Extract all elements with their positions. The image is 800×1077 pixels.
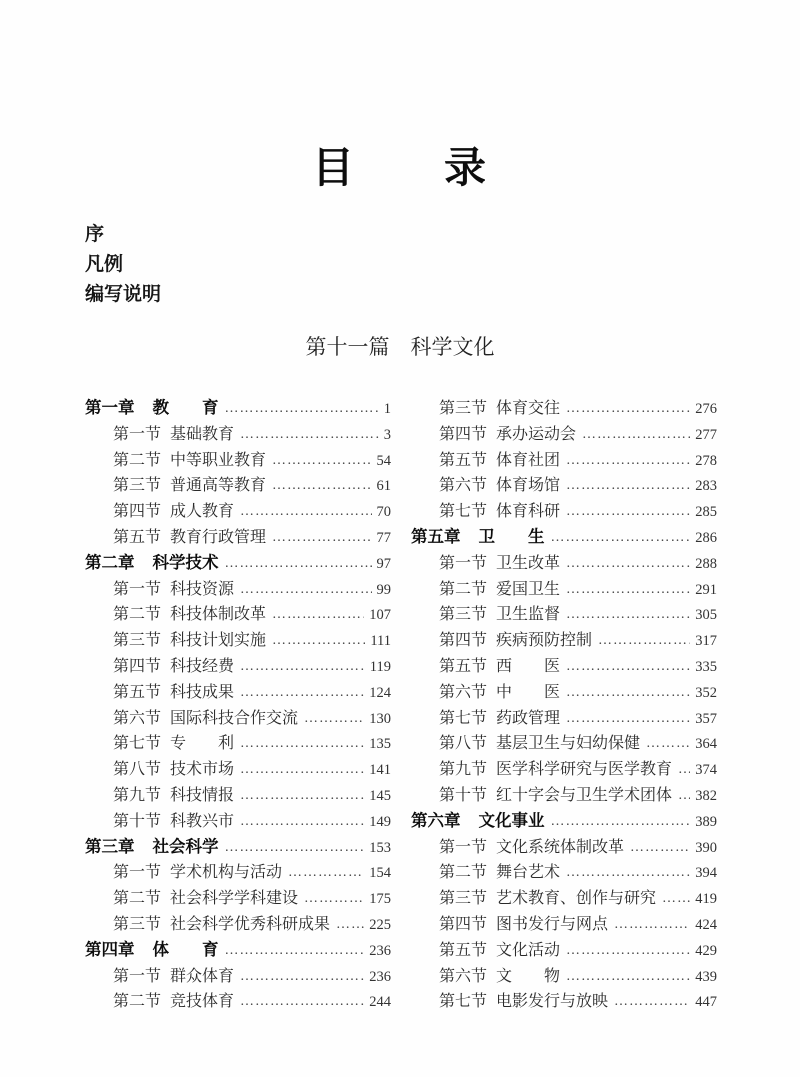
toc-row: 第九节 医学科学研究与医学教育 374 [411,757,717,783]
toc-page-number: 111 [370,629,391,655]
toc-page-number: 288 [695,552,717,578]
toc-entry-title: 文化活动 [496,938,560,964]
toc-dot-leader [240,499,371,525]
toc-entry-label: 第五节 [439,654,487,680]
toc-page-number: 291 [695,578,717,604]
toc-row: 第五节 文化活动 429 [411,938,717,964]
toc-row: 第四节 科技经费 119 [85,654,391,680]
toc-dot-leader [240,964,364,990]
toc-dot-leader [272,473,371,499]
toc-row: 第六章 文化事业 389 [411,809,717,835]
toc-dot-leader [272,628,365,654]
toc-entry-title: 教育行政管理 [170,525,266,551]
toc-page-number: 149 [369,810,391,836]
toc-entry-label: 第二节 [113,448,161,474]
toc-page-number: 77 [377,526,392,552]
toc-entry-label: 第五章 [411,525,461,551]
toc-page-number: 124 [369,681,391,707]
toc-entry-title: 图书发行与网点 [496,912,608,938]
toc-page-number: 429 [695,939,717,965]
toc-dot-leader [288,860,364,886]
toc-entry-label: 第一节 [439,551,487,577]
page-title: 目 录 [0,0,800,194]
toc-page-number: 447 [695,990,717,1016]
toc-dot-leader [566,706,690,732]
toc-page-number: 424 [695,913,717,939]
toc-entry-label: 第五节 [439,938,487,964]
toc-entry-title: 红十字会与卫生学术团体 [496,783,672,809]
toc-dot-leader [272,602,364,628]
toc-dot-leader [225,835,365,861]
toc-dot-leader [272,525,371,551]
toc-row: 第一节 学术机构与活动 154 [85,860,391,886]
toc-dot-leader [646,731,690,757]
toc-row: 第二节 中等职业教育 54 [85,448,391,474]
toc-row: 第四节 疾病预防控制 317 [411,628,717,654]
toc-row: 第五章 卫 生 286 [411,525,717,551]
toc-row: 第一节 群众体育 236 [85,964,391,990]
toc-page-number: 141 [369,758,391,784]
toc-page-number: 99 [377,578,392,604]
toc-entry-title: 群众体育 [170,964,234,990]
toc-entry-title: 卫生监督 [496,602,560,628]
toc-entry-title: 教 育 [153,396,219,422]
toc-page-number: 439 [695,965,717,991]
toc-page-number: 70 [377,500,392,526]
toc-dot-leader [614,912,690,938]
toc-entry-title: 社会科学学科建设 [170,886,298,912]
toc-row: 第十节 红十字会与卫生学术团体 382 [411,783,717,809]
toc-row: 第三节 社会科学优秀科研成果 225 [85,912,391,938]
toc-entry-label: 第三节 [439,886,487,912]
toc-dot-leader [566,551,690,577]
toc-column-right: 第三节 体育交往 276 第四节 承办运动会 277 第五节 体育社团 2 [411,396,717,1015]
toc-entry-title: 西 医 [496,654,560,680]
toc-row: 第三节 普通高等教育 61 [85,473,391,499]
toc-entry-title: 舞台艺术 [496,860,560,886]
toc-dot-leader [240,731,364,757]
toc-entry-title: 文化事业 [479,809,545,835]
toc-page-number: 382 [695,784,717,810]
toc-entry-title: 科技经费 [170,654,234,680]
toc-entry-title: 科教兴市 [170,809,234,835]
toc-entry-label: 第四节 [439,628,487,654]
toc-row: 第七节 体育科研 285 [411,499,717,525]
toc-entry-title: 国际科技合作交流 [170,706,298,732]
toc-entry-label: 第一节 [113,422,161,448]
toc-row: 第一章 教 育 1 [85,396,391,422]
toc-dot-leader [582,422,690,448]
toc-entry-title: 科学技术 [153,551,219,577]
toc-page-number: 357 [695,707,717,733]
toc-entry-title: 体 育 [153,938,219,964]
toc: 第一章 教 育 1 第一节 基础教育 3 第二节 中等职业教育 54 [85,396,717,1015]
toc-dot-leader [678,757,690,783]
toc-row: 第五节 教育行政管理 77 [85,525,391,551]
toc-page-number: 278 [695,449,717,475]
toc-row: 第七节 专 利 135 [85,731,391,757]
toc-row: 第七节 药政管理 357 [411,706,717,732]
front-matter-item: 编写说明 [85,280,800,310]
toc-entry-label: 第五节 [113,680,161,706]
toc-page-number: 374 [695,758,717,784]
toc-page-number: 61 [377,474,392,500]
toc-page-number: 236 [369,965,391,991]
toc-entry-label: 第七节 [113,731,161,757]
toc-row: 第六节 体育场馆 283 [411,473,717,499]
toc-entry-title: 医学科学研究与医学教育 [496,757,672,783]
toc-dot-leader [240,654,365,680]
toc-row: 第一节 卫生改革 288 [411,551,717,577]
toc-page-number: 352 [695,681,717,707]
toc-entry-title: 科技资源 [170,577,234,603]
toc-entry-title: 疾病预防控制 [496,628,592,654]
toc-entry-title: 基层卫生与妇幼保健 [496,731,640,757]
toc-page-number: 276 [695,397,717,423]
toc-entry-title: 技术市场 [170,757,234,783]
toc-dot-leader [304,886,364,912]
toc-entry-label: 第一章 [85,396,135,422]
toc-entry-label: 第一节 [113,964,161,990]
toc-entry-title: 竞技体育 [170,989,234,1015]
toc-entry-label: 第四节 [113,499,161,525]
toc-dot-leader [566,938,690,964]
toc-page-number: 107 [369,603,391,629]
toc-row: 第八节 基层卫生与妇幼保健 364 [411,731,717,757]
toc-page-number: 130 [369,707,391,733]
toc-page-number: 154 [369,861,391,887]
toc-row: 第二章 科学技术 97 [85,551,391,577]
toc-entry-title: 社会科学优秀科研成果 [170,912,330,938]
toc-entry-title: 基础教育 [170,422,234,448]
toc-entry-label: 第二章 [85,551,135,577]
toc-dot-leader [566,602,690,628]
toc-row: 第六节 文 物 439 [411,964,717,990]
front-matter-item: 序 [85,220,800,250]
toc-page-number: 286 [695,526,717,552]
toc-entry-title: 体育场馆 [496,473,560,499]
toc-row: 第三节 体育交往 276 [411,396,717,422]
toc-page-number: 305 [695,603,717,629]
toc-entry-label: 第五节 [439,448,487,474]
toc-dot-leader [566,448,690,474]
toc-entry-label: 第二节 [113,886,161,912]
toc-dot-leader [678,783,690,809]
toc-page-number: 225 [369,913,391,939]
toc-entry-title: 电影发行与放映 [496,989,608,1015]
toc-dot-leader [225,551,372,577]
toc-entry-label: 第四节 [439,912,487,938]
toc-dot-leader [551,809,691,835]
toc-page-number: 335 [695,655,717,681]
toc-entry-label: 第七节 [439,706,487,732]
toc-row: 第二节 舞台艺术 394 [411,860,717,886]
toc-entry-title: 体育交往 [496,396,560,422]
toc-entry-title: 体育社团 [496,448,560,474]
toc-entry-label: 第九节 [439,757,487,783]
toc-entry-label: 第十节 [113,809,161,835]
front-matter-list: 序 凡例 编写说明 [85,220,800,310]
toc-page-number: 119 [370,655,391,681]
toc-dot-leader [240,783,364,809]
toc-entry-title: 科技成果 [170,680,234,706]
toc-page-number: 419 [695,887,717,913]
toc-entry-label: 第六节 [439,680,487,706]
toc-entry-label: 第三节 [439,602,487,628]
toc-entry-label: 第六节 [113,706,161,732]
toc-entry-title: 承办运动会 [496,422,576,448]
toc-entry-label: 第四节 [439,422,487,448]
toc-entry-title: 中 医 [496,680,560,706]
toc-entry-label: 第四章 [85,938,135,964]
toc-entry-label: 第六节 [439,964,487,990]
toc-entry-label: 第十节 [439,783,487,809]
toc-dot-leader [336,912,364,938]
toc-page-number: 175 [369,887,391,913]
toc-page-number: 153 [369,836,391,862]
toc-entry-label: 第二节 [439,860,487,886]
toc-page-number: 283 [695,474,717,500]
toc-entry-title: 专 利 [170,731,234,757]
toc-row: 第三节 艺术教育、创作与研究 419 [411,886,717,912]
toc-row: 第二节 竞技体育 244 [85,989,391,1015]
toc-row: 第三节 卫生监督 305 [411,602,717,628]
toc-dot-leader [566,473,690,499]
toc-entry-title: 科技计划实施 [170,628,266,654]
toc-dot-leader [240,757,364,783]
toc-entry-label: 第三节 [113,473,161,499]
toc-row: 第四章 体 育 236 [85,938,391,964]
toc-entry-label: 第五节 [113,525,161,551]
toc-entry-title: 成人教育 [170,499,234,525]
toc-page-number: 97 [377,552,392,578]
toc-entry-label: 第二节 [113,989,161,1015]
toc-row: 第八节 技术市场 141 [85,757,391,783]
toc-row: 第六节 国际科技合作交流 130 [85,706,391,732]
toc-entry-title: 文 物 [496,964,560,990]
toc-dot-leader [662,886,690,912]
toc-entry-title: 体育科研 [496,499,560,525]
toc-entry-title: 卫 生 [479,525,545,551]
toc-entry-label: 第三章 [85,835,135,861]
toc-column-left: 第一章 教 育 1 第一节 基础教育 3 第二节 中等职业教育 54 [85,396,391,1015]
toc-dot-leader [566,499,690,525]
toc-entry-label: 第三节 [113,628,161,654]
toc-entry-label: 第七节 [439,499,487,525]
toc-page-number: 364 [695,732,717,758]
toc-row: 第三节 科技计划实施 111 [85,628,391,654]
toc-dot-leader [598,628,690,654]
toc-dot-leader [240,989,364,1015]
front-matter-item: 凡例 [85,250,800,280]
toc-dot-leader [551,525,691,551]
toc-dot-leader [240,577,371,603]
toc-page-number: 1 [384,397,391,423]
toc-entry-label: 第一节 [439,835,487,861]
toc-entry-label: 第三节 [439,396,487,422]
toc-entry-title: 文化系统体制改革 [496,835,624,861]
toc-entry-title: 普通高等教育 [170,473,266,499]
toc-dot-leader [240,809,364,835]
toc-row: 第五节 科技成果 124 [85,680,391,706]
toc-row: 第五节 体育社团 278 [411,448,717,474]
toc-row: 第一节 基础教育 3 [85,422,391,448]
toc-entry-title: 中等职业教育 [170,448,266,474]
toc-page-number: 244 [369,990,391,1016]
toc-entry-label: 第八节 [113,757,161,783]
toc-row: 第二节 科技体制改革 107 [85,602,391,628]
toc-dot-leader [630,835,690,861]
toc-row: 第四节 成人教育 70 [85,499,391,525]
toc-row: 第四节 承办运动会 277 [411,422,717,448]
toc-dot-leader [225,938,365,964]
toc-dot-leader [566,654,690,680]
toc-page-number: 236 [369,939,391,965]
toc-entry-title: 科技体制改革 [170,602,266,628]
toc-entry-label: 第三节 [113,912,161,938]
toc-entry-label: 第一节 [113,860,161,886]
toc-dot-leader [566,964,690,990]
toc-entry-label: 第八节 [439,731,487,757]
toc-dot-leader [566,680,690,706]
toc-entry-title: 药政管理 [496,706,560,732]
toc-entry-label: 第六章 [411,809,461,835]
toc-entry-title: 爱国卫生 [496,577,560,603]
toc-page-number: 3 [384,423,391,449]
toc-page-number: 145 [369,784,391,810]
toc-row: 第二节 社会科学学科建设 175 [85,886,391,912]
toc-dot-leader [240,680,364,706]
toc-row: 第六节 中 医 352 [411,680,717,706]
toc-entry-label: 第四节 [113,654,161,680]
toc-dot-leader [304,706,364,732]
toc-page-number: 285 [695,500,717,526]
toc-entry-label: 第六节 [439,473,487,499]
toc-row: 第四节 图书发行与网点 424 [411,912,717,938]
toc-row: 第二节 爱国卫生 291 [411,577,717,603]
toc-entry-label: 第二节 [113,602,161,628]
toc-dot-leader [566,396,690,422]
toc-dot-leader [240,422,379,448]
toc-row: 第五节 西 医 335 [411,654,717,680]
toc-dot-leader [566,860,690,886]
toc-dot-leader [566,577,690,603]
toc-dot-leader [225,396,379,422]
toc-page-number: 54 [377,449,392,475]
toc-page-number: 390 [695,836,717,862]
toc-entry-label: 第九节 [113,783,161,809]
toc-entry-label: 第七节 [439,989,487,1015]
toc-entry-title: 科技情报 [170,783,234,809]
toc-row: 第一节 文化系统体制改革 390 [411,835,717,861]
toc-entry-title: 艺术教育、创作与研究 [496,886,656,912]
toc-row: 第七节 电影发行与放映 447 [411,989,717,1015]
toc-entry-title: 学术机构与活动 [170,860,282,886]
toc-page-number: 277 [695,423,717,449]
toc-dot-leader [272,448,371,474]
toc-page-number: 317 [695,629,717,655]
toc-entry-title: 卫生改革 [496,551,560,577]
toc-entry-label: 第二节 [439,577,487,603]
toc-entry-label: 第一节 [113,577,161,603]
toc-row: 第一节 科技资源 99 [85,577,391,603]
toc-entry-title: 社会科学 [153,835,219,861]
toc-page-number: 394 [695,861,717,887]
toc-row: 第九节 科技情报 145 [85,783,391,809]
toc-row: 第三章 社会科学 153 [85,835,391,861]
toc-page-number: 389 [695,810,717,836]
toc-page: 目 录 序 凡例 编写说明 第十一篇 科学文化 第一章 教 育 1 第一节 [0,0,800,1077]
toc-row: 第十节 科教兴市 149 [85,809,391,835]
toc-page-number: 135 [369,732,391,758]
toc-dot-leader [614,989,690,1015]
part-heading: 第十一篇 科学文化 [0,334,800,360]
